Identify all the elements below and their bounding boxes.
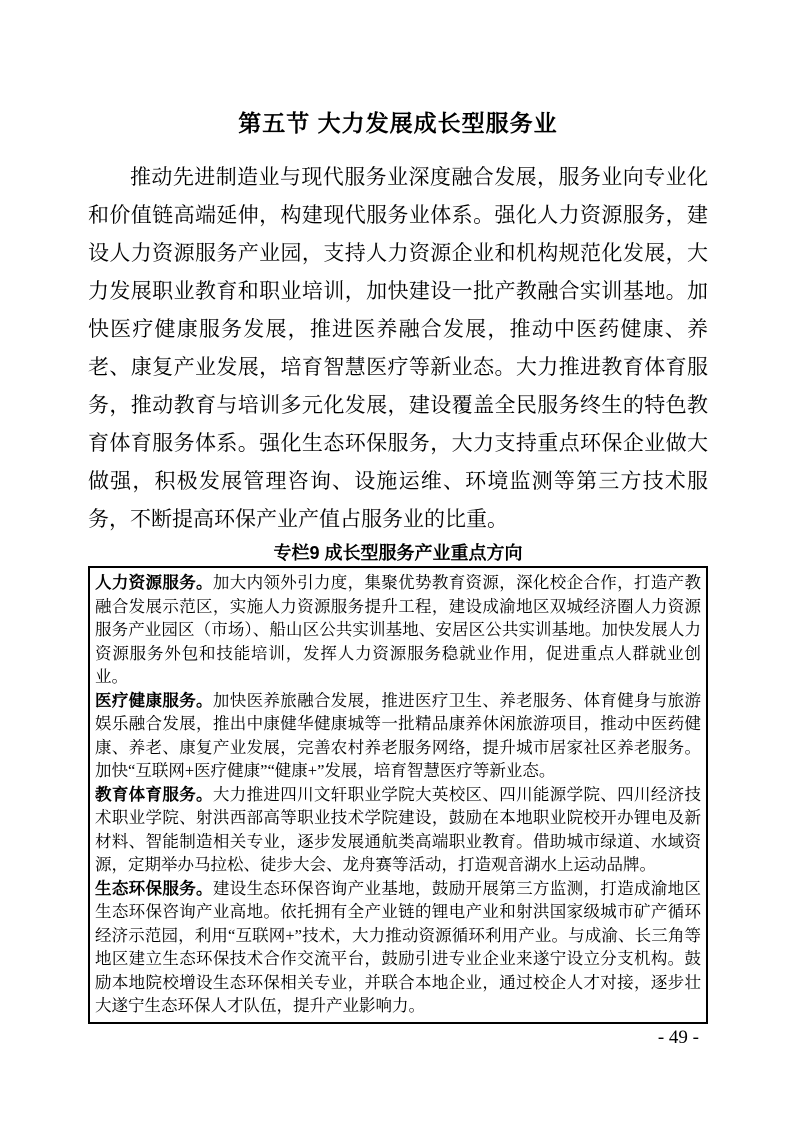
box-item-label: 生态环保服务。 xyxy=(95,879,213,898)
box-item: 生态环保服务。建设生态环保咨询产业基地，鼓励开展第三方监测，打造成渝地区生态环保… xyxy=(95,877,701,1018)
highlight-box: 人力资源服务。加大内领外引力度，集聚优势教育资源，深化校企合作，打造产教融合发展… xyxy=(88,566,708,1024)
page-content: 第五节 大力发展成长型服务业 推动先进制造业与现代服务业深度融合发展，服务业向专… xyxy=(88,0,708,1024)
body-paragraph: 推动先进制造业与现代服务业深度融合发展，服务业向专业化和价值链高端延伸，构建现代… xyxy=(88,158,708,538)
box-item-label: 医疗健康服务。 xyxy=(95,691,213,710)
box-item-text: 建设生态环保咨询产业基地，鼓励开展第三方监测，打造成渝地区生态环保咨询产业高地。… xyxy=(95,879,701,1016)
box-item: 教育体育服务。大力推进四川文轩职业学院大英校区、四川能源学院、四川经济技术职业学… xyxy=(95,783,701,877)
page-number: - 49 - xyxy=(658,1026,699,1050)
box-item-label: 人力资源服务。 xyxy=(95,573,213,592)
box-item-label: 教育体育服务。 xyxy=(95,785,213,804)
box-title: 专栏9 成长型服务产业重点方向 xyxy=(88,541,708,565)
box-item: 医疗健康服务。加快医养旅融合发展，推进医疗卫生、养老服务、体育健身与旅游娱乐融合… xyxy=(95,689,701,783)
document-page: 第五节 大力发展成长型服务业 推动先进制造业与现代服务业深度融合发展，服务业向专… xyxy=(0,0,793,1122)
box-item: 人力资源服务。加大内领外引力度，集聚优势教育资源，深化校企合作，打造产教融合发展… xyxy=(95,571,701,689)
section-title: 第五节 大力发展成长型服务业 xyxy=(88,0,708,140)
